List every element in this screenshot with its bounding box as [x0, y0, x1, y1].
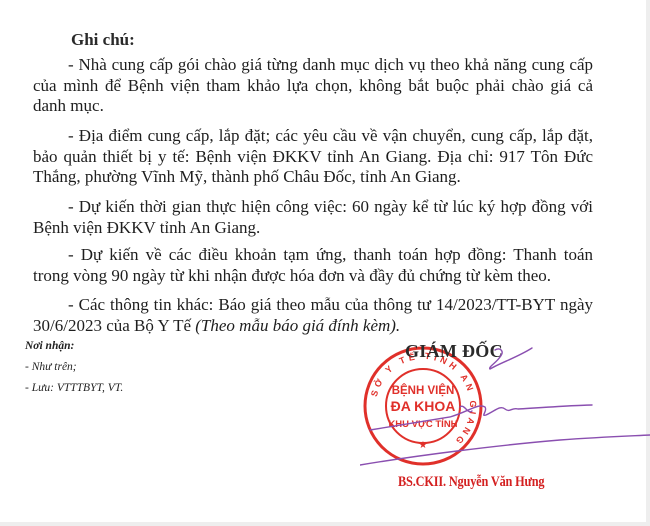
star-icon: ★ [419, 440, 428, 451]
director-title: GIÁM ĐỐC [405, 341, 503, 362]
recipient-line: - Như trên; [25, 361, 123, 373]
stamp-line-2: ĐA KHOA [391, 398, 456, 414]
recipient-line: - Lưu: VTTTBYT, VT. [25, 382, 123, 394]
notes-heading: Ghi chú: [71, 30, 135, 50]
note-paragraph-5: - Các thông tin khác: Báo giá theo mẫu c… [33, 295, 593, 336]
template-note: (Theo mẫu báo giá đính kèm). [195, 316, 400, 335]
recipients-block: Nơi nhận: - Như trên; - Lưu: VTTTBYT, VT… [25, 340, 123, 403]
signer-name: BS.CKII. Nguyễn Văn Hưng [398, 474, 544, 491]
document-page: Ghi chú: - Nhà cung cấp gói chào giá từn… [0, 0, 650, 526]
stamp-line-3: KHU VỰC TỈNH [388, 418, 457, 430]
note-paragraph-3: - Dự kiến thời gian thực hiện công việc:… [33, 197, 593, 238]
note-paragraph-2: - Địa điểm cung cấp, lắp đặt; các yêu cầ… [33, 126, 593, 188]
hospital-stamp: SỞ Y TẾ TỈNH AN GIANG ★ BỆNH VIỆN ĐA KHO… [362, 345, 484, 467]
recipients-title: Nơi nhận: [25, 340, 123, 352]
note-paragraph-4: - Dự kiến về các điều khoản tạm ứng, tha… [33, 245, 593, 286]
note-paragraph-1: - Nhà cung cấp gói chào giá từng danh mụ… [33, 55, 593, 117]
stamp-line-1: BỆNH VIỆN [392, 384, 455, 397]
